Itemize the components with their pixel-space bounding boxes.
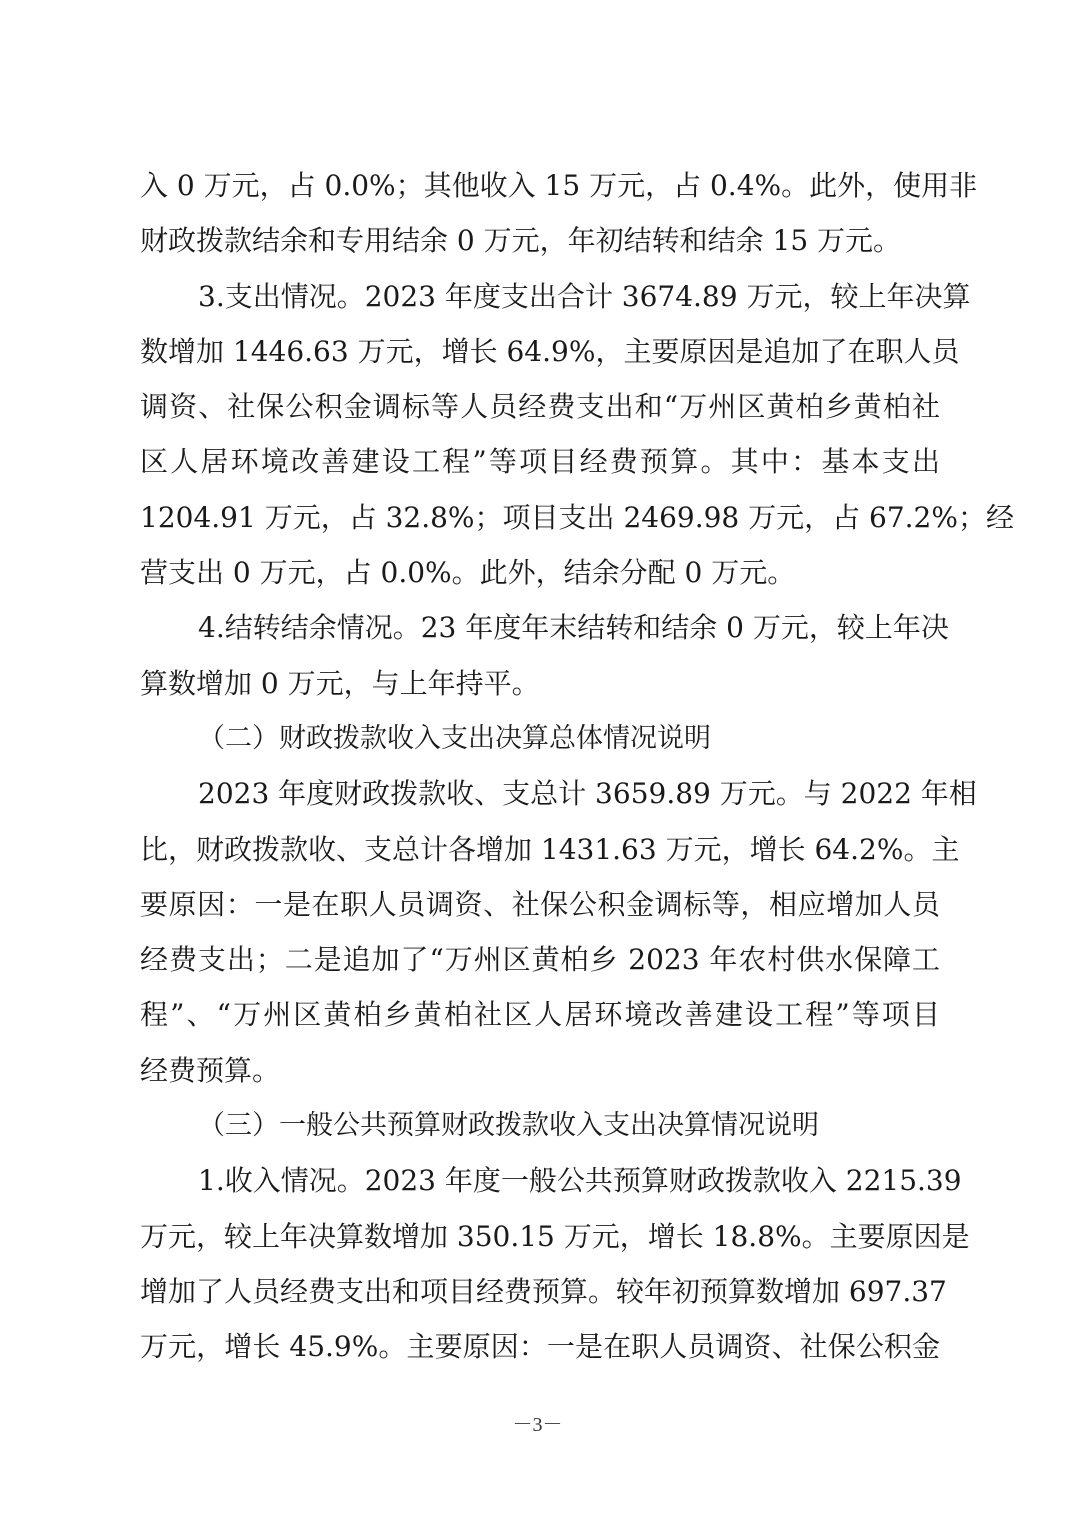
text-line: 万元，增长 45.9%。主要原因：一是在职人员调资、社保公积金	[140, 1319, 940, 1374]
text-line-section-4-carryover: 4.结转结余情况。23 年度年末结转和结余 0 万元，较上年决	[140, 600, 940, 655]
document-body: 入 0 万元，占 0.0%；其他收入 15 万元，占 0.4%。此外，使用非 财…	[140, 158, 940, 1375]
text-line: 经费预算。	[140, 1043, 940, 1098]
text-line: 财政拨款结余和专用结余 0 万元，年初结转和结余 15 万元。	[140, 213, 940, 268]
text-line: 调资、社保公积金调标等人员经费支出和“万州区黄柏乡黄柏社	[140, 379, 940, 434]
text-line-section-3-expenditure: 3.支出情况。2023 年度支出合计 3674.89 万元，较上年决算	[140, 269, 940, 324]
text-line: 算数增加 0 万元，与上年持平。	[140, 656, 940, 711]
text-line: 比，财政拨款收、支总计各增加 1431.63 万元，增长 64.2%。主	[140, 822, 940, 877]
text-line: 1204.91 万元，占 32.8%；项目支出 2469.98 万元，占 67.…	[140, 490, 940, 545]
text-line: 程”、“万州区黄柏乡黄柏社区人居环境改善建设工程”等项目	[140, 987, 940, 1042]
text-line: 区人居环境改善建设工程”等项目经费预算。其中：基本支出	[140, 434, 940, 489]
text-line: 2023 年度财政拨款收、支总计 3659.89 万元。与 2022 年相	[140, 766, 940, 821]
text-line: 增加了人员经费支出和项目经费预算。较年初预算数增加 697.37	[140, 1264, 940, 1319]
page-number: －3－	[0, 1408, 1075, 1437]
text-line-income: 1.收入情况。2023 年度一般公共预算财政拨款收入 2215.39	[140, 1153, 940, 1208]
text-line: 入 0 万元，占 0.0%；其他收入 15 万元，占 0.4%。此外，使用非	[140, 158, 940, 213]
document-page: 入 0 万元，占 0.0%；其他收入 15 万元，占 0.4%。此外，使用非 财…	[0, 0, 1075, 1520]
text-line: 要原因：一是在职人员调资、社保公积金调标等，相应增加人员	[140, 877, 940, 932]
text-line: 经费支出；二是追加了“万州区黄柏乡 2023 年农村供水保障工	[140, 932, 940, 987]
section-heading-3: （三）一般公共预算财政拨款收入支出决算情况说明	[140, 1098, 940, 1153]
section-heading-2: （二）财政拨款收入支出决算总体情况说明	[140, 711, 940, 766]
text-line: 万元，较上年决算数增加 350.15 万元，增长 18.8%。主要原因是	[140, 1209, 940, 1264]
text-line: 营支出 0 万元，占 0.0%。此外，结余分配 0 万元。	[140, 545, 940, 600]
text-line: 数增加 1446.63 万元，增长 64.9%，主要原因是追加了在职人员	[140, 324, 940, 379]
